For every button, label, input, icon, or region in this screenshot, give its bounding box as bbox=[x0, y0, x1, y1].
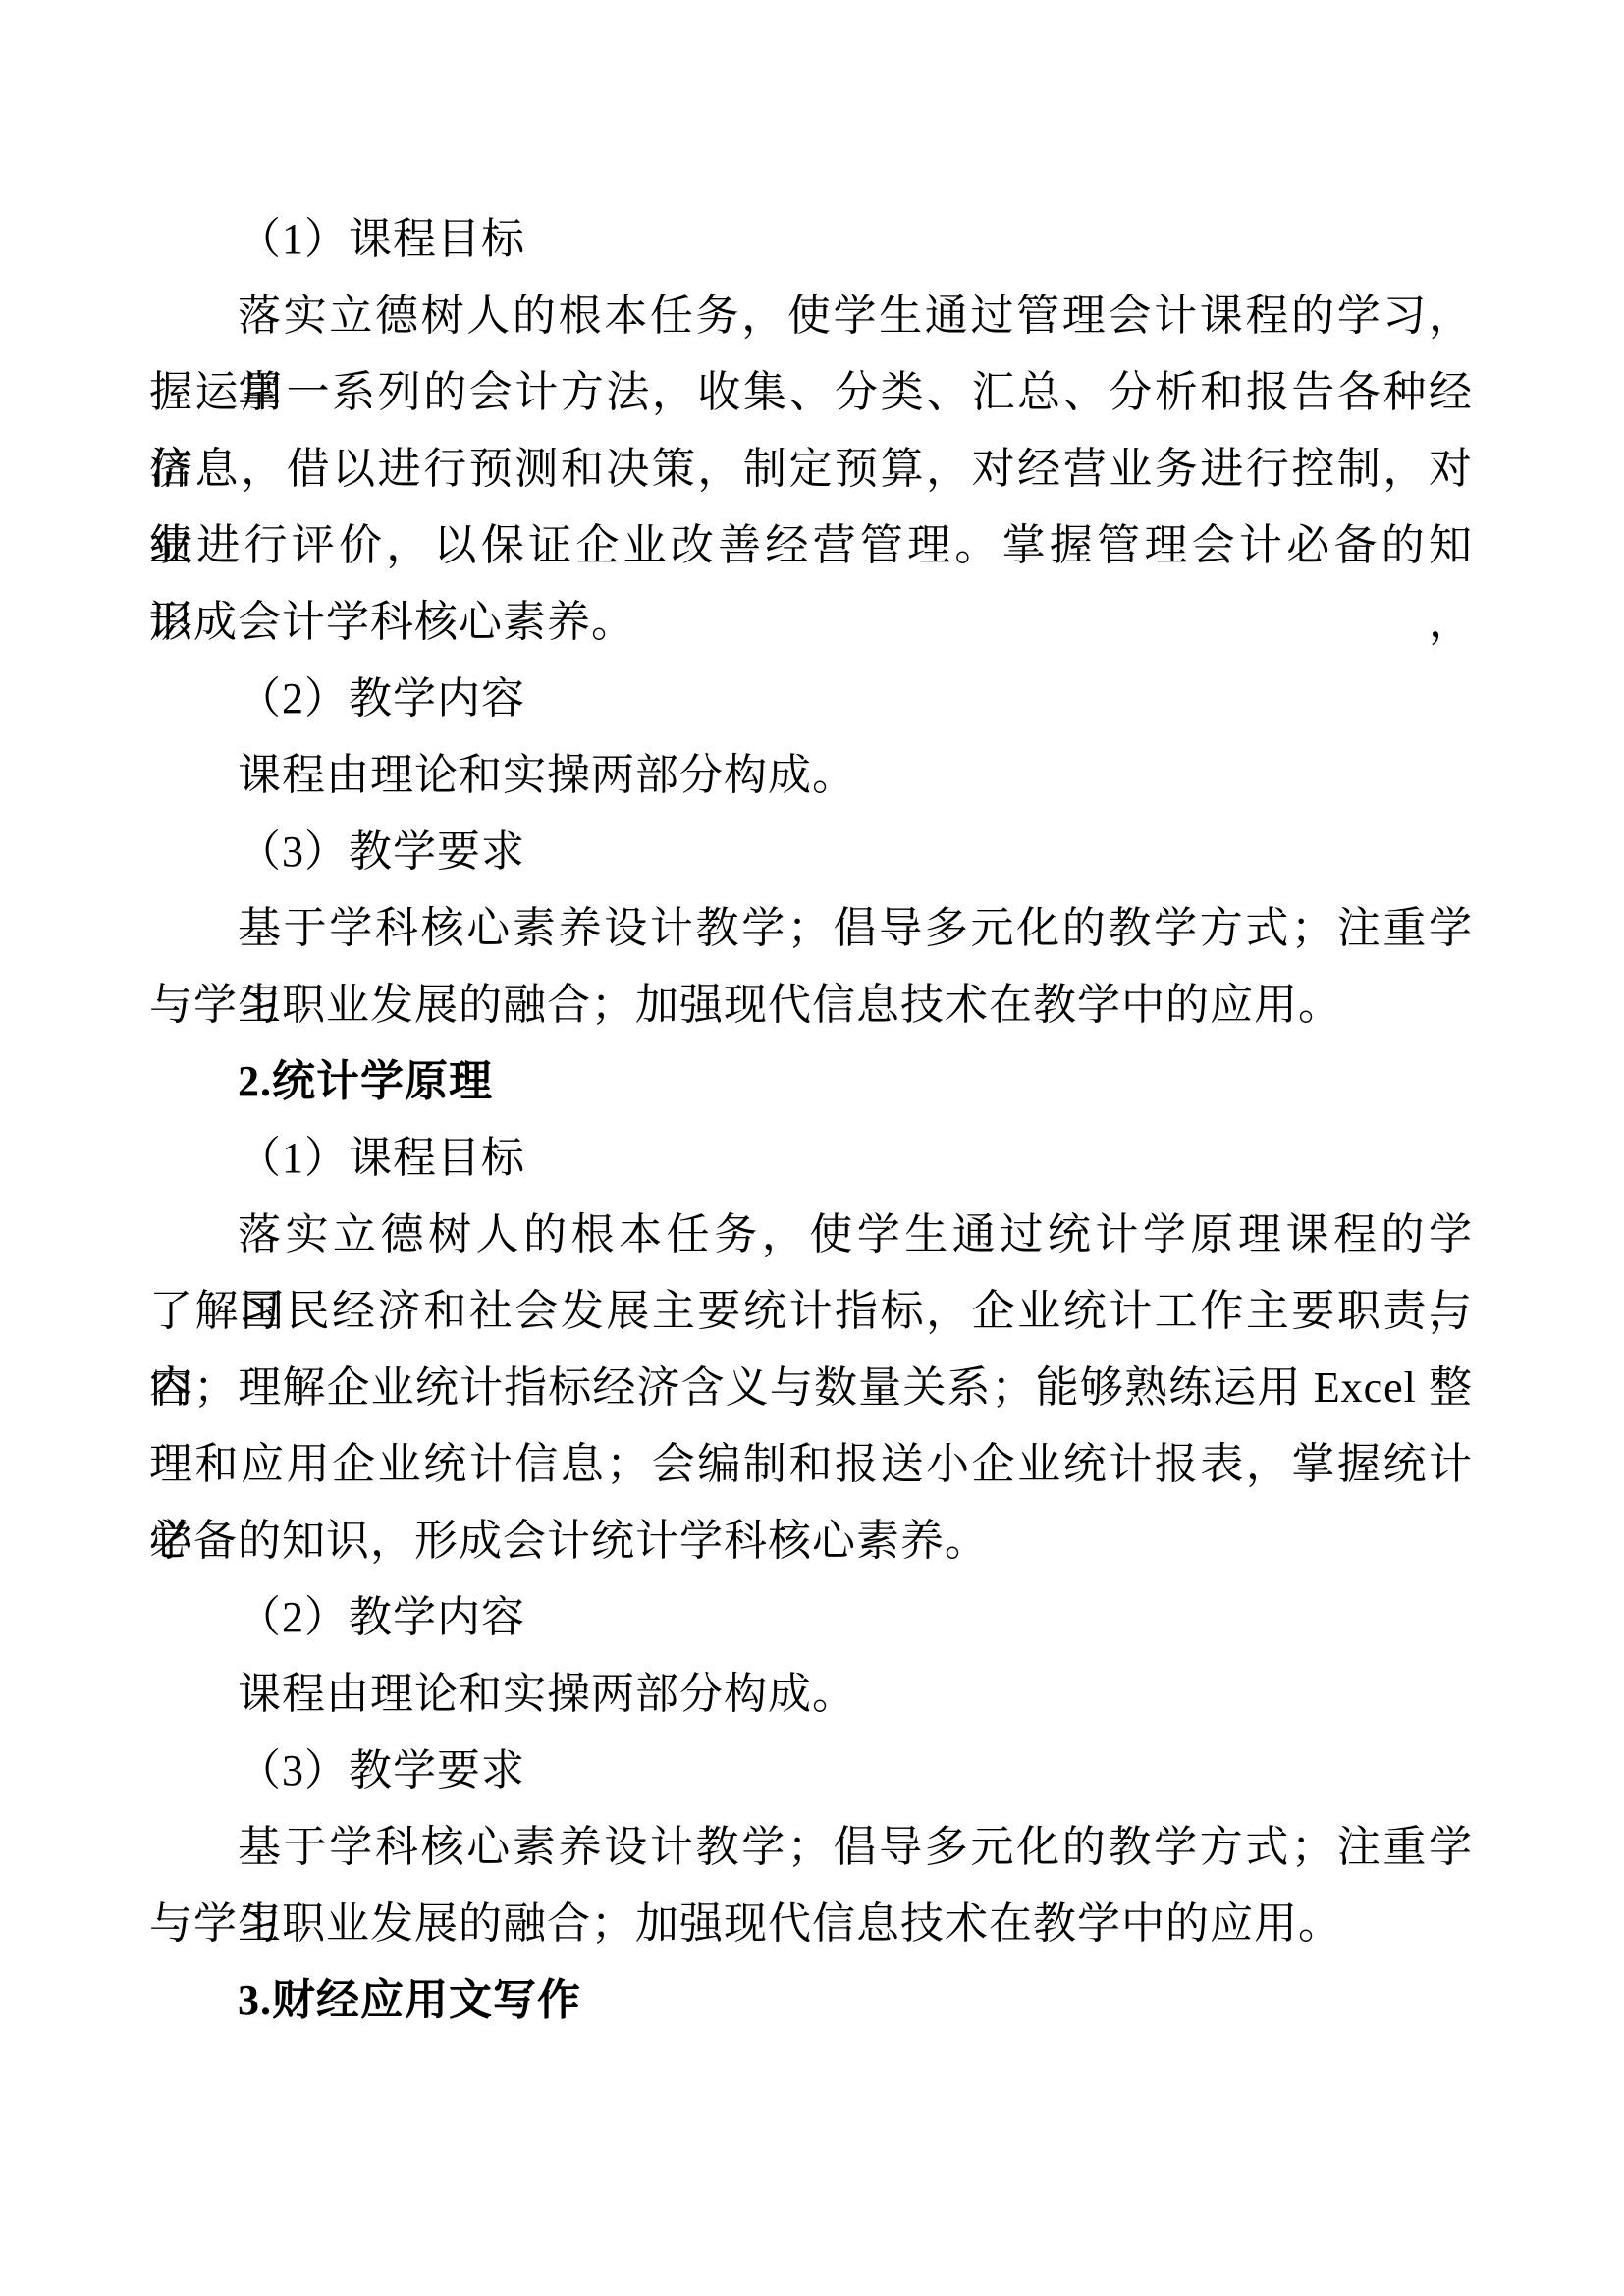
text-line: （3）教学要求 bbox=[149, 814, 1473, 890]
document-text: （1）课程目标落实立德树人的根本任务，使学生通过管理会计课程的学习，掌握运用一系… bbox=[149, 201, 1473, 2039]
text-line: 与学生职业发展的融合；加强现代信息技术在教学中的应用。 bbox=[149, 967, 1473, 1043]
text-line: 2.统计学原理 bbox=[149, 1043, 1473, 1120]
text-line: 绩进行评价，以保证企业改善经营管理。掌握管理会计必备的知识， bbox=[149, 507, 1473, 584]
text-line: （3）教学要求 bbox=[149, 1733, 1473, 1809]
text-line: 课程由理论和实操两部分构成。 bbox=[149, 1656, 1473, 1733]
text-line: 落实立德树人的根本任务，使学生通过统计学原理课程的学习， bbox=[149, 1197, 1473, 1273]
text-line: 3.财经应用文写作 bbox=[149, 1962, 1473, 2039]
text-line: 理和应用企业统计信息；会编制和报送小企业统计报表，掌握统计学 bbox=[149, 1426, 1473, 1503]
text-line: 课程由理论和实操两部分构成。 bbox=[149, 737, 1473, 814]
text-line: 与学生职业发展的融合；加强现代信息技术在教学中的应用。 bbox=[149, 1886, 1473, 1962]
text-line: 信息，借以进行预测和决策，制定预算，对经营业务进行控制，对业 bbox=[149, 431, 1473, 507]
text-line: （2）教学内容 bbox=[149, 1579, 1473, 1656]
text-line: 了解国民经济和社会发展主要统计指标，企业统计工作主要职责与内 bbox=[149, 1273, 1473, 1350]
text-line: 落实立德树人的根本任务，使学生通过管理会计课程的学习，掌 bbox=[149, 278, 1473, 354]
text-line: 基于学科核心素养设计教学；倡导多元化的教学方式；注重学习 bbox=[149, 1809, 1473, 1886]
text-line: （1）课程目标 bbox=[149, 1120, 1473, 1197]
text-line: （2）教学内容 bbox=[149, 661, 1473, 737]
document-page: （1）课程目标落实立德树人的根本任务，使学生通过管理会计课程的学习，掌握运用一系… bbox=[0, 0, 1624, 2296]
text-line: 必备的知识，形成会计统计学科核心素养。 bbox=[149, 1503, 1473, 1579]
text-line: 基于学科核心素养设计教学；倡导多元化的教学方式；注重学习 bbox=[149, 890, 1473, 967]
text-line: 容；理解企业统计指标经济含义与数量关系；能够熟练运用 Excel 整 bbox=[149, 1350, 1473, 1426]
text-line: 握运用一系列的会计方法，收集、分类、汇总、分析和报告各种经济 bbox=[149, 354, 1473, 431]
text-line: （1）课程目标 bbox=[149, 201, 1473, 278]
